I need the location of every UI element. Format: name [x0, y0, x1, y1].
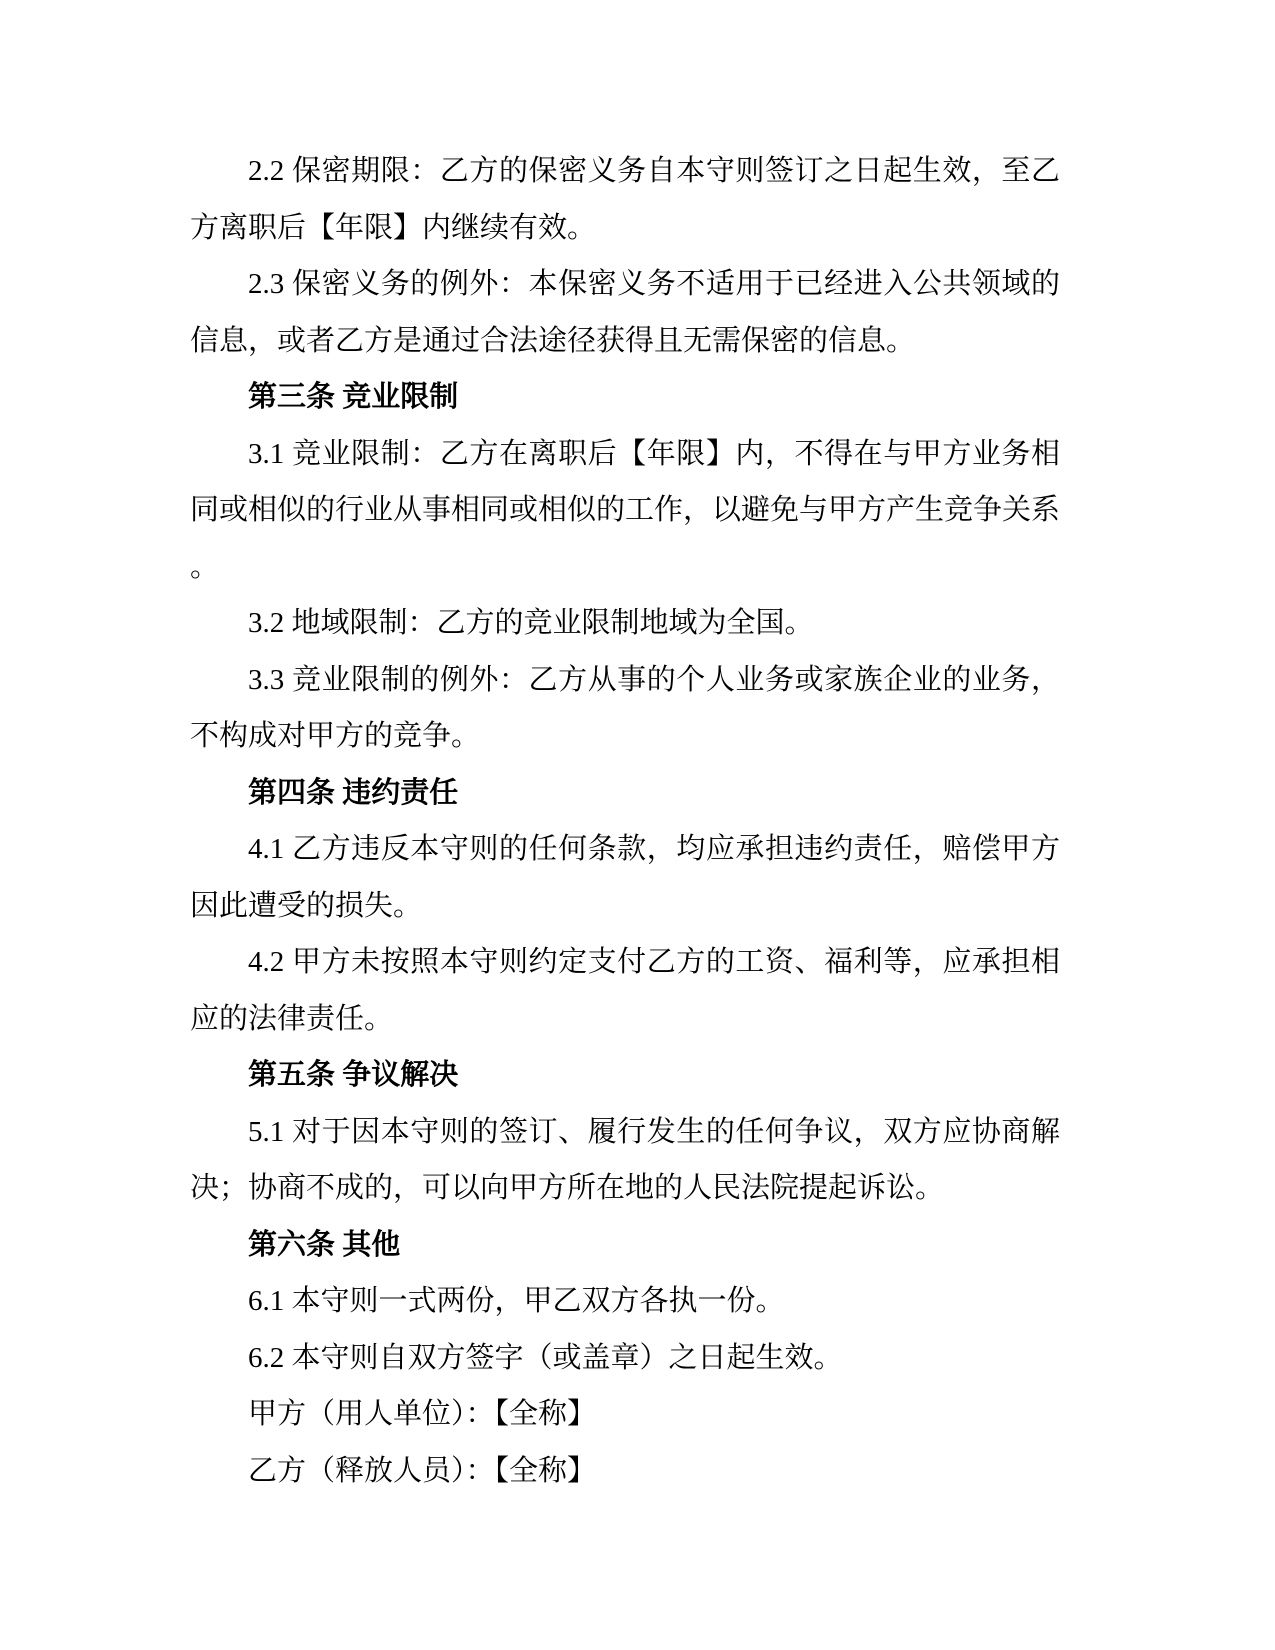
clause-paragraph: 6.1 本守则一式两份，甲乙双方各执一份。: [190, 1273, 1060, 1330]
clause-paragraph: 5.1 对于因本守则的签订、履行发生的任何争议，双方应协商解决；协商不成的，可以…: [190, 1104, 1060, 1217]
section-heading: 第六条 其他: [190, 1217, 1060, 1274]
clause-paragraph: 6.2 本守则自双方签字（或盖章）之日起生效。: [190, 1330, 1060, 1387]
signature-line: 乙方（释放人员）：【全称】: [190, 1443, 1060, 1500]
clause-paragraph: 3.3 竞业限制的例外：乙方从事的个人业务或家族企业的业务，不构成对甲方的竞争。: [190, 652, 1060, 765]
clause-paragraph: 4.2 甲方未按照本守则约定支付乙方的工资、福利等，应承担相应的法律责任。: [190, 934, 1060, 1047]
clause-paragraph: 3.2 地域限制：乙方的竞业限制地域为全国。: [190, 595, 1060, 652]
document-page: 2.2 保密期限：乙方的保密义务自本守则签订之日起生效，至乙方离职后【年限】内继…: [190, 143, 1060, 1499]
clause-paragraph: 2.2 保密期限：乙方的保密义务自本守则签订之日起生效，至乙方离职后【年限】内继…: [190, 143, 1060, 256]
section-heading: 第三条 竞业限制: [190, 369, 1060, 426]
clause-paragraph: 2.3 保密义务的例外：本保密义务不适用于已经进入公共领域的信息，或者乙方是通过…: [190, 256, 1060, 369]
section-heading: 第四条 违约责任: [190, 765, 1060, 822]
section-heading: 第五条 争议解决: [190, 1047, 1060, 1104]
clause-paragraph: 3.1 竞业限制：乙方在离职后【年限】内，不得在与甲方业务相同或相似的行业从事相…: [190, 426, 1060, 596]
signature-line: 甲方（用人单位）：【全称】: [190, 1386, 1060, 1443]
clause-paragraph: 4.1 乙方违反本守则的任何条款，均应承担违约责任，赔偿甲方因此遭受的损失。: [190, 821, 1060, 934]
